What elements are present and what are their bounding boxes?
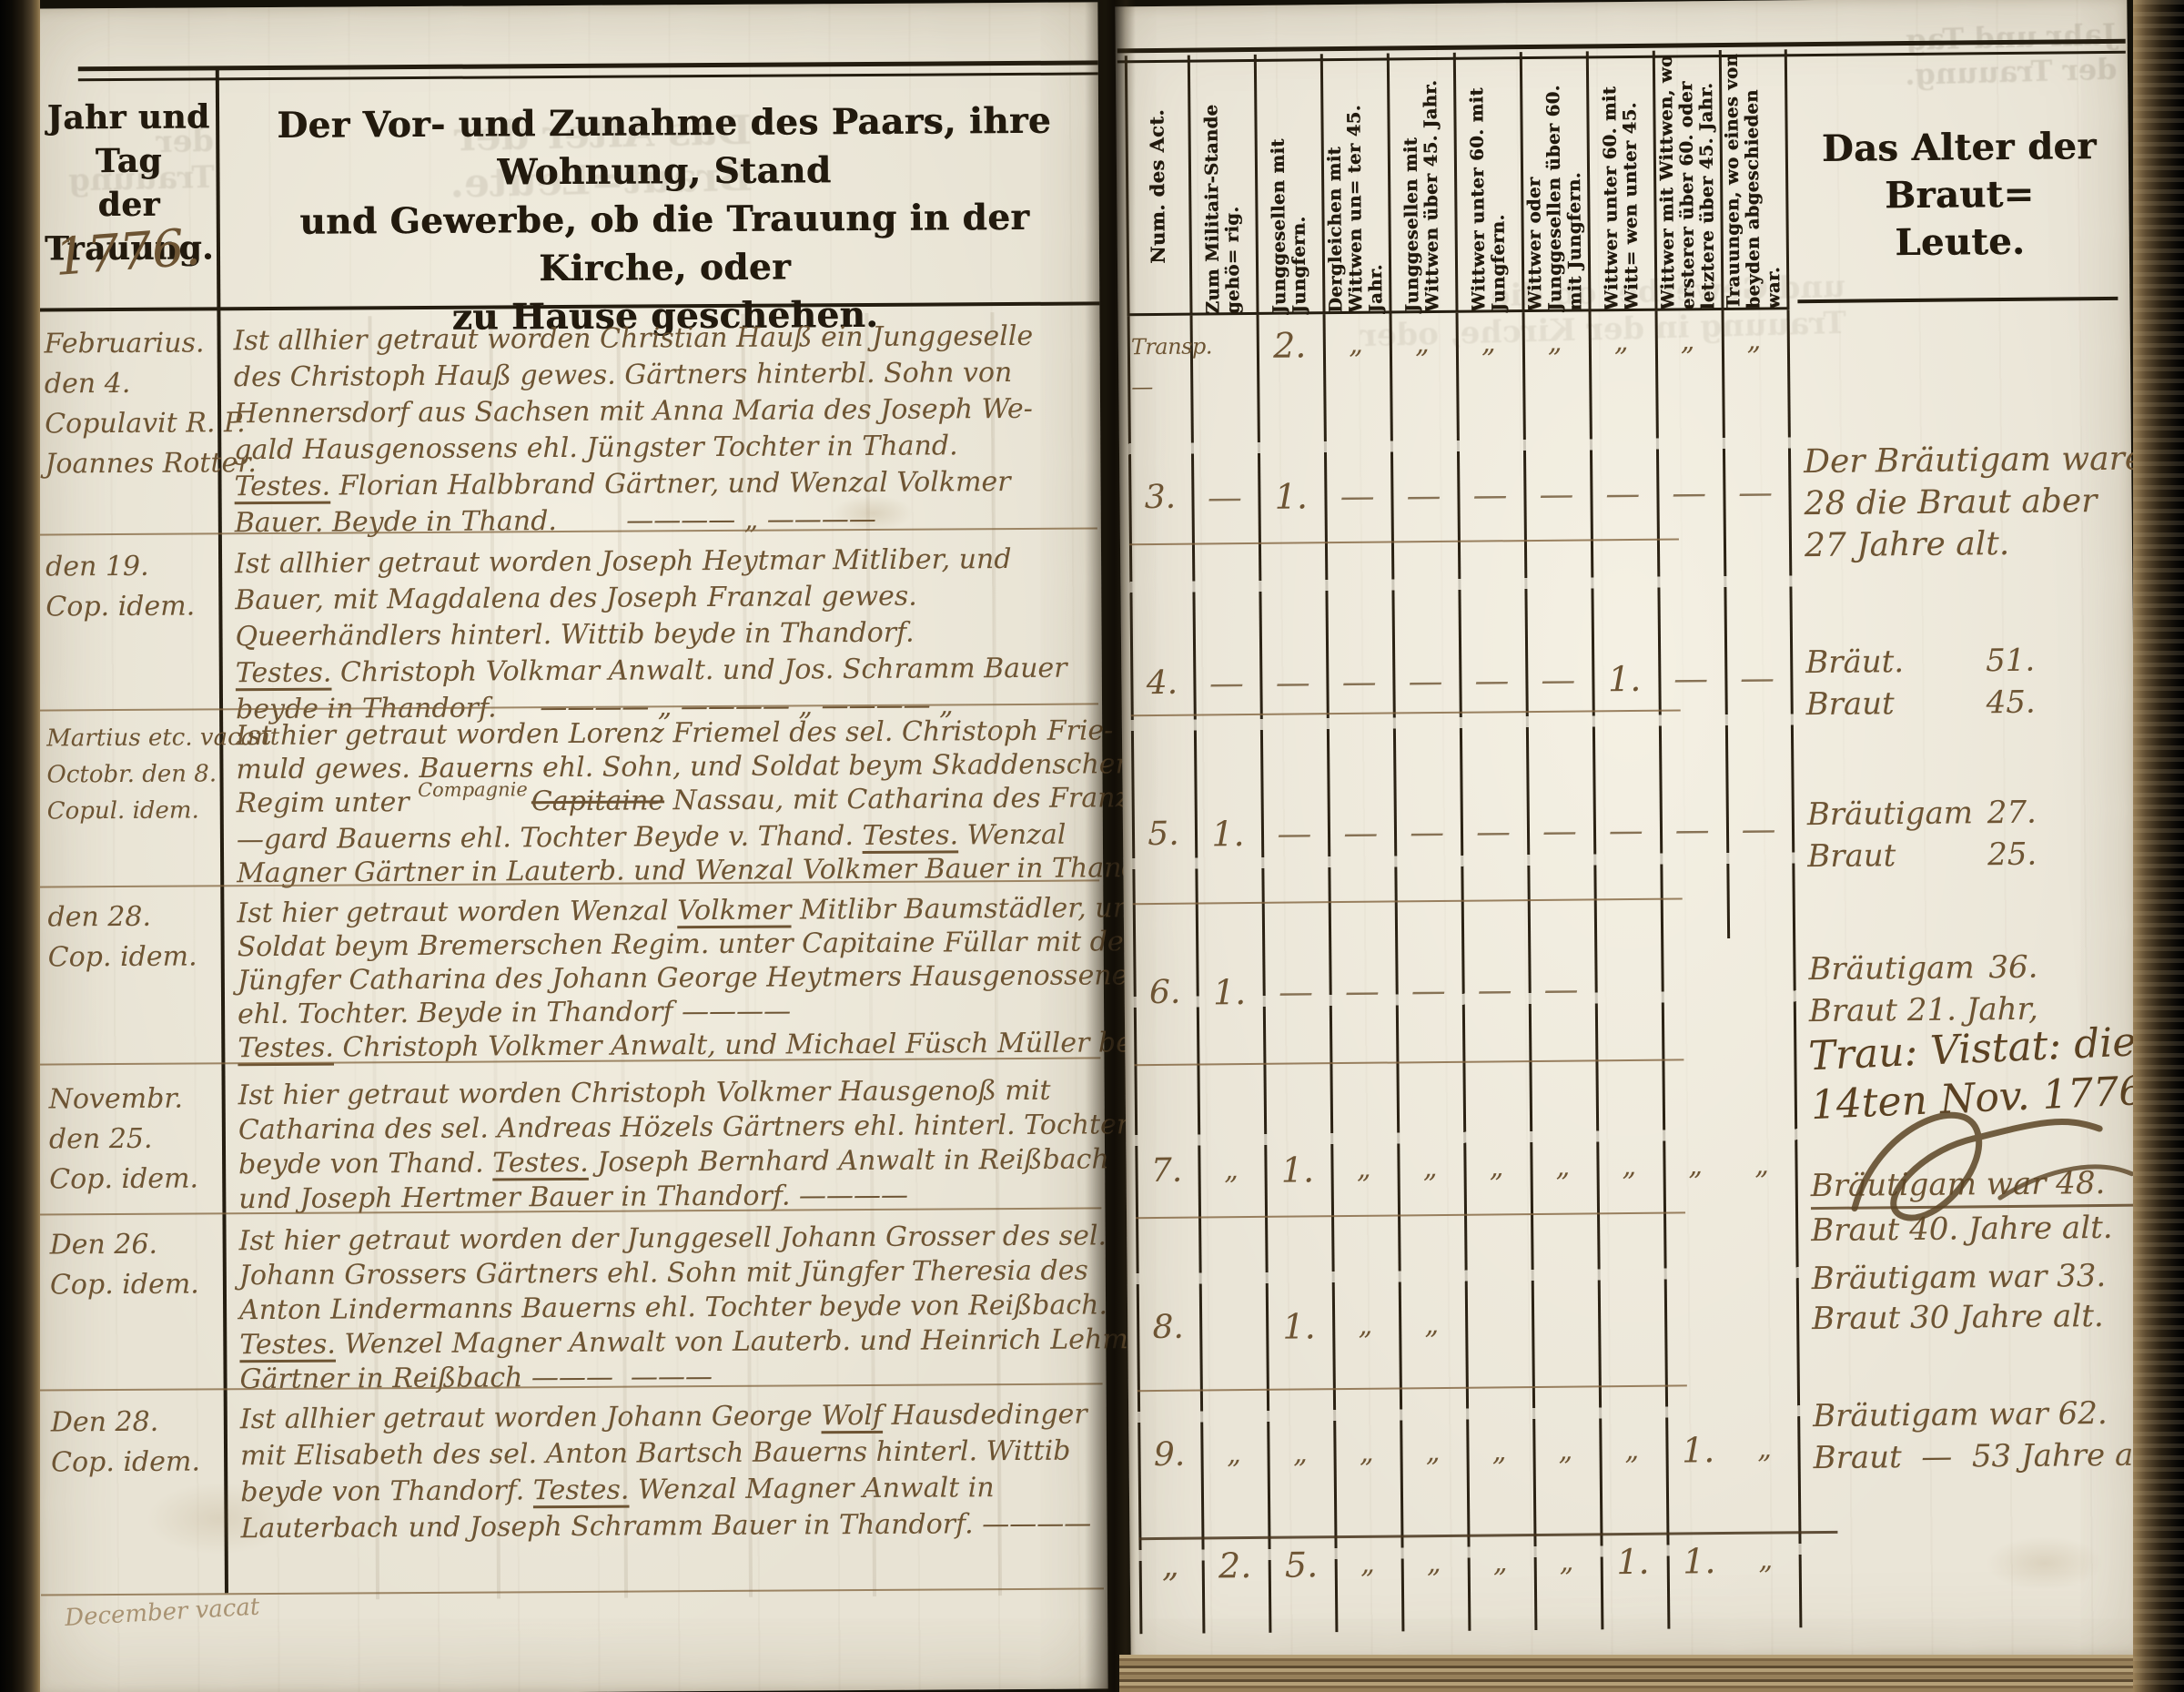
text-fragment: Wenzel Magner Anwalt von Lauterb. und He…	[336, 1323, 1180, 1361]
left-page: Das Alter der Braut=Leute. der Trauung J…	[27, 2, 1107, 1692]
entry-date-line: Copulavit R. P.	[45, 403, 219, 444]
table-cell: —	[1461, 969, 1528, 1010]
entry-date-line: Den 26.	[50, 1224, 225, 1265]
table-row: 4.——————1.——	[1130, 657, 1790, 704]
entry-text-line: Soldat beym Bremerschen Regim. unter Cap…	[238, 925, 1097, 964]
age-note: Bräutigam war 33.Braut 30 Jahre alt.	[1812, 1256, 2137, 1339]
entry-text-line: mit Elisabeth des sel. Anton Bartsch Bau…	[240, 1433, 1100, 1474]
table-cell: —	[1395, 970, 1461, 1011]
entry-text: Ist hier getraut worden der Junggesell J…	[239, 1219, 1100, 1397]
table-cell: „	[1332, 1305, 1399, 1346]
table-cell: „	[1728, 1145, 1795, 1186]
column-header-label: Trauungen, wo eines von beyden abgeschie…	[1722, 52, 1785, 309]
table-cell: „	[1654, 321, 1722, 402]
entry-text-line: des Christoph Hauß gewes. Gärtners hinte…	[234, 354, 1094, 396]
entry-date: Den 26.Cop. idem.	[50, 1224, 226, 1305]
table-cell: „	[1399, 1305, 1465, 1346]
entry-text-line: Ist allhier getraut worden Christian Hau…	[233, 318, 1093, 360]
table-row: „2.5.„„„„1.1.„	[1139, 1540, 1799, 1586]
table-cell: „	[1731, 1429, 1797, 1470]
age-note-line: Braut 30 Jahre alt.	[1812, 1296, 2136, 1339]
main-column-title: Der Vor- und Zunahme des Paars, ihre Woh…	[234, 96, 1096, 343]
date-column-title-line: Jahr und Tag	[41, 95, 217, 183]
age-label: Bräutigam	[1808, 947, 1975, 990]
table-cell: „	[1596, 1147, 1663, 1188]
register-entries: Februarius.den 4.Copulavit R. P.Joannes …	[27, 2, 1097, 8]
entry-date: den 19.Cop. idem.	[45, 546, 221, 627]
table-cell	[1661, 968, 1727, 1008]
table-cell: —	[1457, 474, 1523, 515]
table-cell: „	[1466, 1432, 1532, 1473]
entry-date: Martius etc. vacantOctobr. den 8.Copul. …	[46, 719, 222, 829]
table-cell	[1531, 1303, 1597, 1344]
text-fragment: Wenzal	[958, 819, 1067, 852]
age-pair: Braut25.	[1807, 834, 2037, 877]
table-cell: —	[1261, 813, 1328, 854]
table-cell: —	[1592, 810, 1659, 851]
table-cell: —	[1722, 471, 1788, 512]
entry-text-line: ehl. Tochter. Beyde in Thandorf ————	[238, 992, 1097, 1031]
age-pair: Bräut.51.	[1805, 640, 2035, 684]
entry-text-line: Testes. Christoph Volkmar Anwalt. und Jo…	[236, 650, 1096, 692]
table-cell: „	[1389, 324, 1456, 405]
table-cell: 1.	[1264, 1150, 1330, 1190]
text-fragment: Ist allhier getraut worden Johann George	[240, 1400, 822, 1435]
table-cell: 1.	[1266, 1306, 1332, 1347]
column-header-label: Zum Militair-Stande gehö= rig.	[1200, 57, 1243, 314]
column-header-label: Wittwer oder Junggesellen über 60. mit J…	[1522, 54, 1585, 311]
entry-date: Novembr.den 25.Cop. idem.	[49, 1079, 225, 1200]
row-number: Transp. —	[1127, 327, 1191, 408]
age-pair: Braut45.	[1805, 682, 2035, 725]
entry-text-line: Johann Grossers Gärtners ehl. Sohn mit J…	[239, 1253, 1099, 1293]
table-cell: 2.	[1202, 1545, 1269, 1586]
row-number: 6.	[1133, 973, 1196, 1014]
age-value: 45.	[1986, 682, 2036, 724]
table-row: 3.—1.———————	[1128, 471, 1788, 518]
age-note: Bräutigam war 48.Braut 40. Jahre alt.	[1811, 1162, 2136, 1251]
sum-line	[1138, 1531, 1837, 1540]
row-separator	[1134, 1059, 1683, 1066]
entry-date: Februarius.den 4.Copulavit R. P.Joannes …	[44, 323, 219, 484]
age-label: Braut	[1807, 835, 1896, 877]
age-pair: Bräutigam36.	[1808, 947, 2037, 990]
row-separator	[1137, 1384, 1687, 1392]
table-cell: „	[1533, 1542, 1600, 1583]
table-cell: —	[1525, 659, 1592, 700]
row-number: 3.	[1128, 478, 1191, 519]
table-row: 6.1.—————	[1133, 967, 1793, 1013]
underlined-word: Testes.	[862, 819, 958, 852]
column-header: Junggesellen mit Wittwen über 45. Jahr.	[1387, 55, 1456, 314]
underlined-word: Testes.	[533, 1474, 630, 1507]
paper-stain	[1985, 1535, 2104, 1591]
age-label: Bräutigam	[1807, 792, 1974, 836]
entry-date-line: den 25.	[49, 1119, 224, 1160]
text-fragment: Wenzal Magner Anwalt in	[629, 1472, 994, 1505]
row-number: „	[1139, 1546, 1202, 1587]
table-cell: „	[1400, 1544, 1467, 1585]
age-value: 25.	[1987, 834, 2037, 876]
table-cell: 1.	[1196, 972, 1262, 1013]
entry-date: den 28.Cop. idem.	[47, 897, 223, 978]
entry-date-line: den 4.	[45, 363, 219, 404]
table-cell	[1594, 968, 1661, 1009]
table-cell: 2.	[1257, 325, 1324, 406]
entry-text-line: Queerhändlers hinterl. Wittib beyde in T…	[235, 613, 1095, 655]
text-fragment: beyde von Thand.	[238, 1148, 492, 1181]
underlined-word: Testes.	[234, 471, 330, 503]
table-cell: „	[1463, 1148, 1530, 1189]
entry-text-line: Hennersdorf aus Sachsen mit Anna Maria d…	[234, 390, 1094, 432]
page-stack-edge	[2133, 0, 2184, 1692]
table-cell: —	[1526, 810, 1592, 851]
age-note-line: Bräutigam war 33.	[1812, 1256, 2136, 1299]
register-entry: den 19.Cop. idem.Ist allhier getraut wor…	[31, 541, 1101, 547]
age-value: 36.	[1988, 947, 2038, 989]
age-pair: Bräutigam27.	[1807, 792, 2037, 836]
column-header-label: Dergleichen mit Wittwen un= ter 45. Jahr…	[1323, 56, 1386, 314]
text-fragment: Florian Halbbrand Gärtner, und Wenzal Vo…	[330, 466, 1011, 502]
table-cell: „	[1267, 1434, 1333, 1474]
table-cell: „	[1334, 1544, 1400, 1585]
age-label: Bräut.	[1805, 641, 1904, 684]
table-cell: „	[1588, 322, 1655, 403]
top-rule-2	[78, 72, 1098, 81]
table-cell: —	[1657, 658, 1724, 699]
entry-date-line: Joannes Rotter.	[45, 443, 219, 484]
age-note-line: Bräutigam war 62.	[1813, 1393, 2137, 1437]
table-cell: „	[1198, 1150, 1264, 1191]
table-cell: 1.	[1600, 1542, 1666, 1583]
entry-date-line: Cop. idem.	[49, 1159, 224, 1200]
row-separator	[1133, 897, 1683, 905]
age-header-underline	[1797, 297, 2118, 303]
column-header: Wittwer unter 60. mit Jungfern.	[1453, 54, 1522, 313]
age-label: Braut	[1809, 989, 1898, 1032]
top-rule	[1117, 39, 2126, 54]
inserted-word: Compagnie	[418, 779, 528, 802]
table-cell: „	[1530, 1147, 1596, 1188]
table-cell: —	[1193, 663, 1259, 704]
column-header: Wittwer mit Wittwen, wo ersterer über 60…	[1653, 52, 1722, 311]
text-fragment: Christoph Volkmar Anwalt. und Jos. Schra…	[331, 653, 1067, 689]
entry-text-line: Ist hier getraut worden der Junggesell J…	[239, 1219, 1099, 1259]
age-value: 51.	[1986, 640, 2036, 683]
table-cell: —	[1328, 812, 1394, 853]
entry-text-line: Bauer. Beyde in Thand. ———— „ ————	[235, 500, 1095, 542]
table-cell: —	[1191, 477, 1258, 518]
table-cell: —	[1659, 809, 1725, 850]
entry-text-line: Ist allhier getraut worden Johann George…	[240, 1396, 1100, 1438]
column-header-label: Junggesellen mit Jungfern.	[1267, 56, 1309, 313]
table-cell: —	[1724, 657, 1790, 698]
column-header: Trauungen, wo eines von beyden abgeschie…	[1719, 51, 1787, 310]
entry-text-line: Testes. Wenzel Magner Anwalt von Lauterb…	[239, 1322, 1099, 1363]
entry-text-line: Ist hier getraut worden Christoph Volkme…	[238, 1073, 1098, 1113]
table-cell: 1.	[1666, 1541, 1733, 1582]
column-header: Zum Militair-Stande gehö= rig.	[1188, 56, 1257, 316]
entry-text-line: Ist hier getraut worden Wenzal Volkmer M…	[237, 891, 1097, 930]
age-column-title: Das Alter der Braut= Leute.	[1796, 123, 2123, 268]
table-cell: „	[1467, 1543, 1533, 1584]
age-note: Bräutigam war 62.Braut — 53 Jahre alt.	[1813, 1393, 2138, 1479]
age-note-line: Braut 40. Jahre alt.	[1811, 1207, 2135, 1251]
underlined-age-line: Bräutigam war 48.	[1811, 1162, 2148, 1211]
entry-date: Den 28.Cop. idem.	[51, 1402, 227, 1483]
entry-text: Ist hier getraut worden Wenzal Volkmer M…	[237, 891, 1097, 1065]
age-note-line: Braut — 53 Jahre alt.	[1813, 1434, 2137, 1479]
age-column-title-line: Leute.	[1797, 218, 2123, 268]
table-cell: —	[1324, 475, 1390, 516]
row-number: 8.	[1137, 1308, 1199, 1349]
entry-text-line: Anton Lindermanns Bauerns ehl. Tochter b…	[239, 1288, 1099, 1328]
column-header: Wittwer oder Junggesellen über 60. mit J…	[1520, 53, 1589, 312]
entry-text-line: Catharina des sel. Andreas Hözels Gärtne…	[238, 1108, 1098, 1148]
register-entry: Den 28.Cop. idem.Ist allhier getraut wor…	[36, 1396, 1107, 1403]
tally-grid: Num. des Act.Zum Militair-Stande gehö= r…	[1115, 0, 2127, 6]
entry-text-line: beyde von Thand. Testes. Joseph Bernhard…	[238, 1142, 1098, 1182]
row-number: 7.	[1135, 1151, 1198, 1192]
text-fragment: Ist hier getraut worden Wenzal	[237, 895, 677, 929]
table-cell: 1.	[1592, 659, 1658, 700]
table-cell: „	[1200, 1434, 1267, 1475]
underlined-word: Testes.	[238, 1032, 334, 1065]
table-cell: —	[1259, 662, 1326, 703]
column-header-label: Wittwer mit Wittwen, wo ersterer über 60…	[1655, 53, 1718, 310]
right-page: und Gewerbe, ob die Trauung in der Kirch…	[1115, 0, 2142, 1665]
main-column-title-line: und Gewerbe, ob die Trauung in der Kirch…	[235, 193, 1096, 295]
table-cell: —	[1459, 660, 1525, 701]
column-header-label: Junggesellen mit Wittwen über 45. Jahr.	[1400, 56, 1442, 312]
table-cell: —	[1329, 970, 1395, 1011]
table-cell: —	[1528, 968, 1594, 1009]
text-fragment: Hausdedinger	[883, 1399, 1087, 1432]
entry-text-line: Ist allhier getraut worden Joseph Heytma…	[235, 541, 1095, 583]
entry-date-line: den 28.	[47, 897, 222, 937]
table-cell: —	[1655, 472, 1722, 513]
table-row: 5.1.————————	[1132, 808, 1792, 855]
table-cell: „	[1721, 320, 1788, 401]
table-cell: „	[1400, 1433, 1466, 1474]
age-note: Bräut.51.Braut45.	[1805, 639, 2130, 725]
column-header: Wittwer unter 60. mit Witt= wen unter 45…	[1586, 53, 1655, 312]
table-cell: —	[1725, 808, 1792, 849]
top-rule	[78, 60, 1098, 71]
table-cell: 1.	[1665, 1430, 1732, 1471]
age-note: Trau: Vistat: die14ten Nov. 1776.	[1807, 1018, 2135, 1131]
row-separator	[41, 1587, 1104, 1596]
table-cell: —	[1326, 661, 1392, 702]
table-cell: „	[1397, 1149, 1463, 1190]
age-note-line: Bräutigam war 48.	[1811, 1162, 2135, 1210]
table-cell: —	[1390, 475, 1457, 516]
table-cell: —	[1523, 473, 1590, 514]
row-number: 5.	[1132, 815, 1195, 856]
register-entry: Den 26.Cop. idem.Ist hier getraut worden…	[35, 1219, 1106, 1225]
year-label: 1776.	[53, 218, 203, 288]
text-fragment: Joseph Bernhard Anwalt in Reißbach	[589, 1143, 1109, 1178]
age-note-line: 28 die Braut aber	[1804, 481, 2128, 525]
table-cell: 1.	[1195, 814, 1261, 855]
entry-text: Ist hier getraut worden Lorenz Friemel d…	[236, 714, 1097, 890]
text-fragment: —gard Bauerns ehl. Tochter Beyde v. Than…	[237, 820, 863, 856]
row-separator	[1136, 1211, 1685, 1219]
book-binding-edge	[0, 0, 40, 1692]
entry-text-line: gald Hausgenossens ehl. Jüngster Tochter…	[234, 427, 1094, 469]
church-register-scan: Das Alter der Braut=Leute. der Trauung J…	[0, 0, 2184, 1692]
age-value: 27.	[1987, 792, 2037, 835]
column-divider	[216, 67, 228, 1593]
row-separator	[1131, 709, 1681, 716]
table-row: 7.„1.„„„„„„„	[1135, 1145, 1795, 1191]
table-cell	[1663, 1302, 1730, 1343]
table-cell	[1465, 1304, 1532, 1345]
row-separator	[1129, 538, 1679, 545]
table-cell: „	[1522, 322, 1589, 403]
book-gutter	[1085, 0, 1136, 1692]
table-cell: „	[1599, 1431, 1665, 1472]
column-header-label: Wittwer unter 60. mit Jungfern.	[1466, 55, 1509, 311]
entry-text-line: Bauer, mit Magdalena des Joseph Franzal …	[235, 577, 1095, 619]
underlined-word: Testes.	[239, 1329, 336, 1362]
table-cell: —	[1393, 812, 1460, 853]
underlined-word: Volkmer	[677, 895, 792, 927]
entry-date-line: Cop. idem.	[50, 1264, 225, 1305]
age-note-line: Der Bräutigam ware	[1804, 439, 2128, 483]
age-label: Braut	[1805, 683, 1895, 725]
entry-text: Ist allhier getraut worden Johann George…	[240, 1396, 1101, 1547]
main-column-title-line: Der Vor- und Zunahme des Paars, ihre Woh…	[234, 96, 1095, 198]
table-cell: „	[1330, 1149, 1397, 1190]
entry-text: Ist allhier getraut worden Christian Hau…	[233, 318, 1094, 542]
underlined-word: Testes.	[236, 657, 332, 690]
entry-text-line: muld gewes. Bauerns ehl. Sohn, und Solda…	[236, 747, 1096, 786]
entry-date-line: Octobr. den 8.	[46, 755, 221, 793]
table-cell	[1730, 1302, 1796, 1342]
column-header-label: Wittwer unter 60. mit Witt= wen unter 45…	[1599, 54, 1642, 310]
footer-note: December vacat	[64, 1594, 260, 1632]
column-header: Dergleichen mit Wittwen un= ter 45. Jahr…	[1320, 56, 1390, 315]
entry-date-line: Martius etc. vacant	[46, 719, 221, 756]
struck-word: Capitaine	[531, 785, 664, 817]
entry-text-line: Jüngfer Catharina des Johann George Heyt…	[238, 958, 1097, 998]
table-cell	[1597, 1303, 1663, 1344]
age-note-line: 27 Jahre alt.	[1805, 522, 2128, 567]
register-entry: Novembr.den 25.Cop. idem.Ist hier getrau…	[35, 1073, 1105, 1079]
entry-text-line: Regim unter CompagnieCapitaine Nassau, m…	[237, 781, 1097, 823]
row-number: 9.	[1137, 1435, 1200, 1476]
table-cell: „	[1333, 1433, 1400, 1474]
entry-date-line: Februarius.	[44, 323, 218, 364]
entry-text-line: —gard Bauerns ehl. Tochter Beyde v. Than…	[237, 817, 1097, 856]
table-row: Transp. —2.„„„„„„„	[1127, 320, 1788, 407]
table-cell: —	[1460, 811, 1526, 852]
table-cell	[1199, 1307, 1266, 1348]
column-header-label: Num. des Act.	[1146, 58, 1168, 315]
entry-date-line: Cop. idem.	[45, 586, 220, 627]
table-cell	[1727, 967, 1794, 1008]
entry-date-line: Cop. idem.	[51, 1442, 226, 1483]
table-row: 8.1.„„	[1137, 1302, 1796, 1348]
entry-text: Ist allhier getraut worden Joseph Heytma…	[235, 541, 1096, 728]
entry-date-line: Den 28.	[51, 1402, 226, 1443]
entry-text-line: Ist hier getraut worden Lorenz Friemel d…	[236, 714, 1096, 753]
entry-date-line: Cop. idem.	[48, 937, 223, 978]
table-cell: „	[1733, 1540, 1799, 1581]
entry-date-line: Copul. idem.	[47, 792, 222, 829]
table-cell: „	[1322, 325, 1390, 406]
table-cell: —	[1590, 473, 1656, 514]
entry-date-line: Novembr.	[49, 1079, 224, 1120]
entry-text-line: Gärtner in Reißbach ——— ———	[239, 1357, 1099, 1397]
age-note: Bräutigam27.Braut25.	[1807, 791, 2132, 877]
table-cell: 1.	[1258, 476, 1324, 517]
entry-date-line: den 19.	[45, 546, 220, 587]
age-note: Der Bräutigam ware28 die Braut aber27 Ja…	[1804, 439, 2128, 567]
page-stack-bottom	[1119, 1655, 2135, 1692]
table-row: 9.„„„„„„„1.„	[1137, 1429, 1797, 1475]
table-cell: „	[1532, 1431, 1599, 1472]
entry-text-line: Testes. Florian Halbbrand Gärtner, und W…	[234, 463, 1094, 505]
table-cell: —	[1262, 971, 1329, 1012]
underlined-word: Testes.	[492, 1147, 589, 1180]
table-cell: 5.	[1268, 1545, 1334, 1586]
entry-text-line: beyde von Thandorf. Testes. Wenzal Magne…	[240, 1469, 1100, 1511]
age-column-title-line: Das Alter der Braut=	[1796, 123, 2123, 220]
column-header: Junggesellen mit Jungfern.	[1254, 56, 1323, 315]
register-entry: den 28.Cop. idem.Ist hier getraut worden…	[33, 891, 1103, 897]
table-cell: „	[1663, 1146, 1729, 1187]
table-cell: „	[1455, 323, 1522, 404]
table-cell: —	[1392, 661, 1459, 702]
entry-text: Ist hier getraut worden Christoph Volkme…	[238, 1073, 1099, 1217]
entry-text-line: Lauterbach und Joseph Schramm Bauer in T…	[240, 1505, 1100, 1547]
text-fragment: beyde von Thandorf.	[240, 1474, 533, 1508]
row-number: 4.	[1130, 664, 1193, 704]
table-cell	[1190, 326, 1258, 407]
text-fragment: Regim unter	[237, 786, 419, 819]
